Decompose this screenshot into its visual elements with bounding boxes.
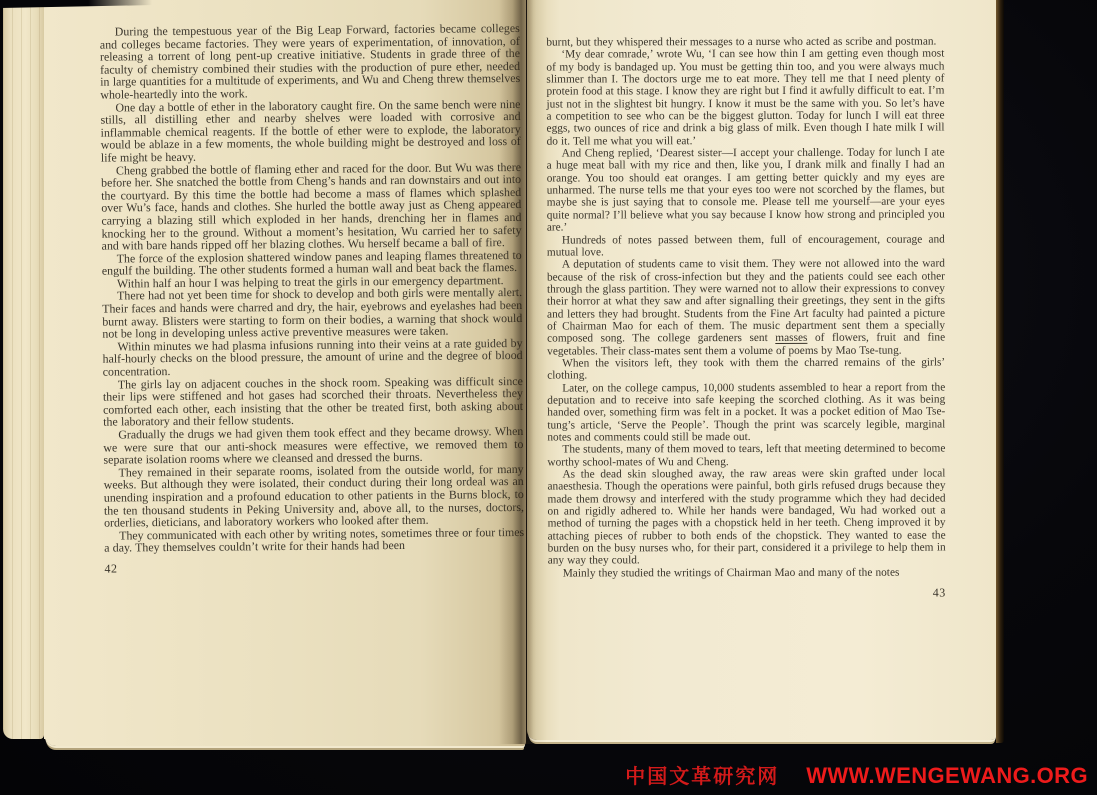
page-number-left: 42 <box>104 559 524 575</box>
paragraph: There had not yet been time for shock to… <box>102 286 522 340</box>
paragraph: Later, on the college campus, 10,000 stu… <box>547 381 945 444</box>
paragraph: ‘My dear comrade,’ wrote Wu, ‘I can see … <box>546 48 944 148</box>
paragraph: One day a bottle of ether in the laborat… <box>100 98 521 165</box>
paragraph: Within minutes we had plasma infusions r… <box>102 337 522 378</box>
paragraph: Hundreds of notes passed between them, f… <box>547 233 945 259</box>
right-page-text-block: burnt, but they whispered their messages… <box>526 0 998 600</box>
paragraph: They remained in their separate rooms, i… <box>104 463 525 530</box>
watermark-site-url: WWW.WENGEWANG.ORG <box>806 763 1088 789</box>
paragraph: A deputation of students came to visit t… <box>547 258 945 358</box>
paragraph: Mainly they studied the writings of Chai… <box>548 566 946 579</box>
paragraph: During the tempestuous year of the Big L… <box>100 22 521 101</box>
left-page-edges <box>3 0 44 739</box>
watermark-site-name: 中国文革研究网 <box>625 760 779 789</box>
left-page-paragraphs: During the tempestuous year of the Big L… <box>100 22 525 555</box>
paragraph: And Cheng replied, ‘Dearest sister—I acc… <box>547 147 945 234</box>
page-number-right: 43 <box>548 587 946 600</box>
paragraph: The students, many of them moved to tear… <box>547 443 945 469</box>
paragraph: As the dead skin sloughed away, the raw … <box>547 468 945 568</box>
photo-background: During the tempestuous year of the Big L… <box>0 0 1097 795</box>
paragraph: Gradually the drugs we had given them to… <box>103 425 523 466</box>
paragraph: When the visitors left, they took with t… <box>547 356 945 382</box>
paragraph: Cheng grabbed the bottle of flaming ethe… <box>101 160 522 252</box>
watermark: 中国文革研究网 WWW.WENGEWANG.ORG <box>625 760 1088 789</box>
right-page-paragraphs: burnt, but they whispered their messages… <box>546 36 945 580</box>
book-page-left: During the tempestuous year of the Big L… <box>44 0 526 746</box>
paragraph: They communicated with each other by wri… <box>104 526 524 555</box>
paragraph: burnt, but they whispered their messages… <box>546 36 944 49</box>
left-page-text-block: During the tempestuous year of the Big L… <box>42 0 529 576</box>
book-page-right: burnt, but they whispered their messages… <box>527 0 997 740</box>
paragraph: The girls lay on adjacent couches in the… <box>103 375 523 429</box>
